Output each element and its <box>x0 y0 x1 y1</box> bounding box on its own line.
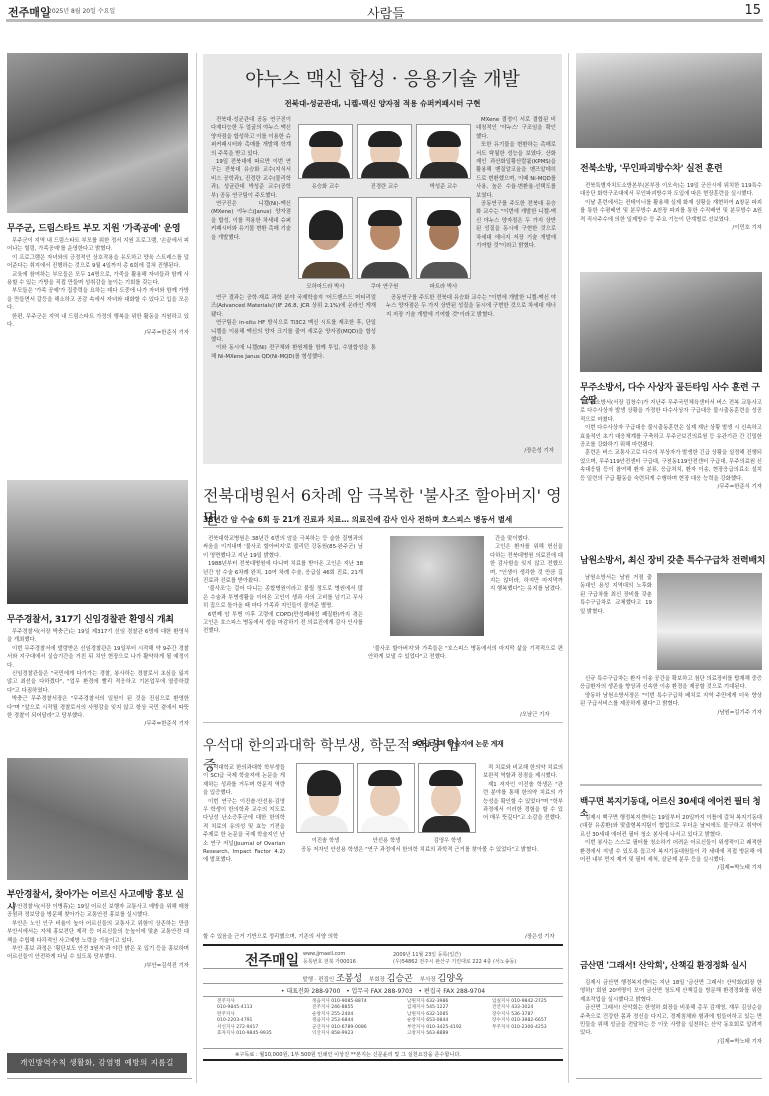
masthead-footer: ※구독료 : 월10,000원, 1부 500원 인쇄인 이상진 **본지는 신… <box>235 1051 461 1058</box>
masthead-bottom-rule <box>203 1059 563 1061</box>
portrait-caption: 쿠마 연구원 <box>357 282 412 290</box>
issue-date: 2025년 8월 20일 수요일 <box>48 6 115 15</box>
article-body: 무주군이 지역 내 드림스타트 부모를 위한 정서 지원 프로그램, '손끝에서… <box>7 237 189 477</box>
photo-rescue-drill <box>580 272 762 372</box>
photo-ambulance <box>657 573 762 670</box>
article-body: 전북특별자치도소방본부(본부장 이오숙)는 19일 군산시에 위치한 119특수… <box>580 182 762 262</box>
byline: /김제=박노태 기자 <box>580 864 762 872</box>
byline: /무주=한준식 기자 <box>7 329 189 337</box>
photo-elderly-safety <box>7 758 188 880</box>
masthead-name: 전주매일 <box>245 950 299 970</box>
article-headline[interactable]: 금산면 '그래서! 산악회', 산책길 환경정화 실시 <box>580 959 766 971</box>
article-body: 무주소방서(서장 김창수)가 지난주 무주국민체육센터서 버스 전복 교통사고로… <box>580 399 762 539</box>
obituary-body-lower: '불사조 할아버지'와 가족들은 "호스피스 병동에서의 마지막 삶을 기적적으… <box>368 645 563 715</box>
portrait-caption: 유승화 교수 <box>298 182 353 190</box>
feature-subtitle: 전북대-성균관대, 니켈-맥신 양자점 적용 슈퍼커패시터 구현 <box>203 98 562 109</box>
masthead-address: (우)54862 전주시 완산구 기린대로 222 4층 (서노송동) <box>393 958 516 965</box>
portrait-photo <box>298 124 353 179</box>
student-caption: 김영우 학생 <box>420 836 475 844</box>
obituary-body-right: 간을 맞이했다. 고인은 환자를 위해 헌신을 다하는 전북대병원 의료진에 대… <box>490 535 563 645</box>
masthead-top-rule <box>203 944 563 946</box>
public-campaign-banner: 개인방역수칙 생활화, 감염병 예방의 지름길 <box>7 1053 187 1073</box>
feature-body-bottom: 연구 결과는 공학·재료 과학 분야 국제학술지 '어드밴스드 머티리얼즈(Ad… <box>211 294 376 456</box>
column-divider <box>568 53 569 1083</box>
article-body: 김제시 금산면 행정복지센터는 지난 18일 '금산면 그래서! 산악회(회장 … <box>580 979 762 1074</box>
article-body: 부안경찰서(서장 이병휴)는 19일 어르신 보행자 교통사고 예방을 위해 매… <box>7 903 189 1043</box>
byline: /김제=박노태 기자 <box>580 1038 762 1046</box>
portrait-caption: 파트라 박사 <box>416 282 471 290</box>
bottom-rule <box>7 1078 192 1079</box>
obituary-subheadline: 38년간 암 수술 6회 등 21개 진료과 치료… 의료진에 감사 인사 전하… <box>203 514 563 525</box>
article-headline[interactable]: 남원소방서, 최신 장비 갖춘 특수구급차 전력배치 <box>580 553 766 566</box>
article-headline[interactable]: 전북소방, '무인파괴방수차' 실전 훈련 <box>580 161 766 174</box>
column-divider <box>196 53 197 1083</box>
article-body: 신규 특수구급차는 환자 이송 공간을 확보하고 첨단 의료장비를 탑재해 중증… <box>580 675 762 760</box>
photo-elderly-couple <box>390 536 484 636</box>
obituary-body: 전북대학교병원은 38년간 6번의 암을 극복하는 등 숱한 질병과의 싸움을 … <box>203 535 363 715</box>
byline: /무주=한준식 기자 <box>7 720 189 728</box>
portrait-caption: 모하마드라 박사 <box>298 282 353 290</box>
byline: /남원=김기주 기자 <box>580 709 762 717</box>
bottom-rule <box>576 1078 762 1079</box>
newspaper-brand: 전주매일 <box>8 4 51 20</box>
portrait-photo <box>416 197 471 279</box>
masthead-reg: 등록번호 전북 가00016 <box>303 958 356 965</box>
masthead: 전주매일 www.jjmaeil.com 등록번호 전북 가00016 2009… <box>203 947 563 1047</box>
student-caption: 안선용 학생 <box>359 836 414 844</box>
student-photo <box>418 763 476 833</box>
feature-body-left: 전북대·성균관대 공동 연구진이 다재다능한 두 얼굴의 야누스 맥신 양자점을… <box>211 116 291 316</box>
byline: /장은성 기자 <box>525 932 555 940</box>
masthead-url[interactable]: www.jjmaeil.com <box>303 951 345 957</box>
woosuk-body-lower: 공동 저자인 안선용 학생은 "연구 과정에서 한의학 치료의 과학적 근거를 … <box>296 846 563 926</box>
portrait-caption: 진경란 교수 <box>357 182 412 190</box>
section-rule <box>580 784 762 786</box>
woosuk-tag: SCI급 국제 학술지에 논문 게재 <box>412 739 504 749</box>
article-body: 무주경찰서(서장 박충근)는 19일 제317기 신임 경찰관 6명에 대한 환… <box>7 628 189 750</box>
byline: /오남근 기자 <box>520 710 550 718</box>
feature-body-right: MXene 결정이 서로 결합된 비대칭적인 '야누스' 구조임을 확인했다. … <box>476 116 556 296</box>
subheadline-rule <box>203 527 563 528</box>
photo-police-ceremony <box>7 480 188 604</box>
portrait-photo <box>357 197 412 279</box>
masthead-footer-rule <box>203 1048 563 1049</box>
portrait-photo <box>416 124 471 179</box>
portrait-caption: 박성준 교수 <box>416 182 471 190</box>
photo-fire-truck <box>576 53 762 148</box>
header-rule <box>6 19 763 22</box>
student-caption: 이진솔 학생 <box>298 836 353 844</box>
portrait-photo <box>298 197 353 279</box>
photo-family-craft <box>7 53 188 213</box>
section-rule <box>203 722 563 723</box>
article-headline[interactable]: 무주경찰서, 317기 신임경찰관 환영식 개최 <box>7 612 192 625</box>
feature-box: 야누스 맥신 합성 · 응용기술 개발 전북대-성균관대, 니켈-맥신 양자점 … <box>203 54 562 464</box>
woosuk-last-line: 할 수 있음을 근거 기반으로 정리했으며, 기존의 서양 의학 <box>203 932 338 940</box>
feature-body-bottom-right: 공동연구를 주도한 전북대 유승화 교수는 "이번에 개발한 니켈-맥신 야누스… <box>386 294 556 444</box>
article-headline[interactable]: 무주군, 드림스타트 부모 지원 '가족공예' 운영 <box>7 221 192 234</box>
feature-title[interactable]: 야누스 맥신 합성 · 응용기술 개발 <box>203 64 562 91</box>
portrait-photo <box>357 124 412 179</box>
article-body: 남원소방서는 남원 거점 출동대인 용성 지역대의 노후화된 구급차를 최신 장… <box>580 574 652 654</box>
masthead-reg-date: 2009년 11월 23일 등록(일간) <box>393 951 461 958</box>
branch-table: 전주지사정읍지사 010-9085-8874남원지사 632-3986임실지사 … <box>217 999 557 1037</box>
student-photo <box>296 763 354 833</box>
byline: /이민호 기자 <box>580 224 762 232</box>
woosuk-body-left: 우석대학교 한의과대학 학부생들이 SCI급 국제 학술지에 논문을 게재하는 … <box>203 764 285 876</box>
page-number: 15 <box>744 3 761 18</box>
byline: /무주=한준식 기자 <box>580 483 762 491</box>
student-photo <box>357 763 415 833</box>
article-body: 김제시 백구면 행정복지센터는 19일부터 20일까지 이틀에 걸쳐 복지기동대… <box>580 814 762 944</box>
byline: /부안=김석진 기자 <box>7 962 189 970</box>
masthead-phones: • 대표전화 288-9700 • 업무국 FAX 288-9703 • 편집국… <box>203 986 563 995</box>
byline: /장은성 기자 <box>524 446 554 454</box>
